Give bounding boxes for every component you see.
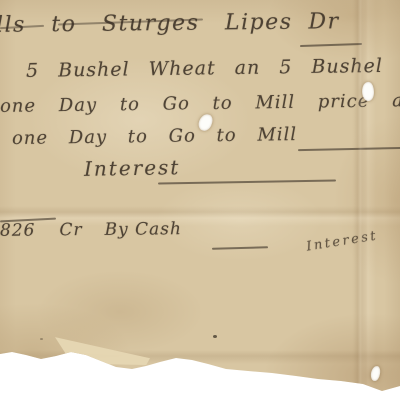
year-text: 826 [0, 220, 36, 240]
scanned-document: lls to Sturges LipesDr 5 Bushel Wheat an… [0, 0, 400, 400]
amount-fill-line [212, 246, 268, 249]
vertical-fold-crease [352, 0, 366, 400]
credit-abbrev: Cr [59, 220, 82, 240]
paper-hole [370, 366, 381, 382]
debit-abbrev: Dr [308, 9, 339, 34]
ledger-entry-interest: Interest [84, 156, 181, 180]
paper-sheet: lls to Sturges LipesDr 5 Bushel Wheat an… [0, 0, 400, 400]
amount-fill-line [158, 179, 336, 184]
ledger-entry-mill-price: one Day to Go to Mill price ag [0, 89, 400, 117]
ledger-entry-mill: one Day to Go to Mill [12, 125, 297, 149]
amount-fill-line [298, 147, 400, 151]
ledger-entry-wheat-corn: 5 Bushel Wheat an 5 Bushel Corn [26, 53, 400, 82]
ink-speck [213, 335, 217, 338]
ledger-header-line: lls to Sturges LipesDr [0, 10, 340, 38]
credit-line: 826CrBy Cash [0, 220, 182, 240]
debtor-name-text: lls to Sturges Lipes [0, 10, 293, 38]
ink-speck [40, 338, 43, 340]
by-cash-text: By Cash [105, 219, 182, 240]
torn-paper-flap [55, 331, 150, 365]
